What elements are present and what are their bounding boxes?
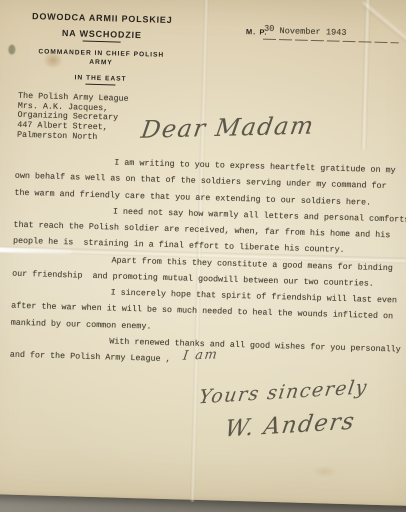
- closing-lead-in-handwritten: I am: [182, 347, 219, 364]
- dateline: 30 November 1943: [264, 26, 347, 38]
- recipient-address-block: The Polish Army LeagueMrs. A.K. Jacques,…: [17, 92, 129, 144]
- salutation-handwritten: Dear Madam: [139, 111, 316, 143]
- body-lines: I am writing to you to express heartfelt…: [10, 155, 402, 377]
- right-edge-crease: [361, 0, 371, 150]
- letterhead: DOWODCA ARMII POLSKIEJ NA WSCHODZIE COMM…: [26, 10, 176, 87]
- dateline-day: 30: [264, 24, 275, 34]
- valediction-handwritten: Yours sincerely: [197, 376, 369, 408]
- letter-content: DOWODCA ARMII POLSKIEJ NA WSCHODZIE COMM…: [0, 0, 406, 508]
- paper-stain: [8, 44, 15, 54]
- dateline-month-year: November 1943: [274, 26, 346, 38]
- letter-paper: DOWODCA ARMII POLSKIEJ NA WSCHODZIE COMM…: [0, 0, 406, 506]
- recipient-line: Palmerston North: [17, 131, 128, 144]
- letterhead-polish-line2: NA WSCHODZIE: [62, 27, 142, 43]
- signature-handwritten: W. Anders: [223, 408, 357, 442]
- letterhead-polish-line1: DOWODCA ARMII POLSKIEJ: [28, 10, 176, 26]
- letterhead-english-line1: COMMANDER IN CHIEF POLISH ARMY: [27, 47, 175, 69]
- letterhead-english-line2: IN THE EAST: [74, 73, 126, 85]
- dateline-underline: [263, 39, 399, 44]
- paper-stain: [312, 465, 338, 478]
